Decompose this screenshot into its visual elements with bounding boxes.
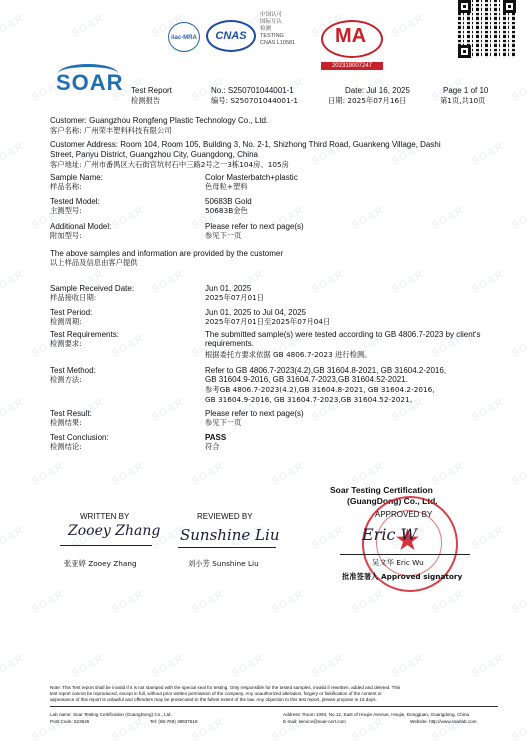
report-date-en: Date: Jul 16, 2025: [345, 86, 410, 96]
watermark-text: SOAR: [509, 204, 529, 232]
sample-name-label-cn: 样品名称:: [50, 182, 82, 192]
watermark-text: SOAR: [269, 588, 306, 616]
test-result-cn: 参见下一页: [205, 418, 241, 428]
watermark-text: SOAR: [109, 588, 146, 616]
footer-email[interactable]: E-mail: service@soar-cert.com: [283, 719, 346, 724]
watermark-text: SOAR: [309, 652, 346, 680]
watermark-text: SOAR: [0, 140, 26, 168]
watermark-text: SOAR: [429, 588, 466, 616]
watermark-text: SOAR: [109, 204, 146, 232]
ilac-mra-logo: ilac-MRA: [168, 22, 200, 52]
watermark-text: SOAR: [509, 588, 529, 616]
watermark-text: SOAR: [469, 652, 506, 680]
cma-number: 202319007247: [321, 62, 383, 70]
watermark-text: SOAR: [229, 652, 266, 680]
watermark-text: SOAR: [509, 76, 529, 104]
reviewed-by-name: 刘小芳 Sunshine Liu: [188, 559, 259, 569]
soar-logo-text: SOAR: [56, 70, 124, 96]
reviewed-by-signature: Sunshine Liu: [180, 526, 279, 544]
written-by-name: 张亚婷 Zooey Zhang: [64, 559, 137, 569]
customer-address-label-en: Customer Address:: [50, 140, 118, 149]
customer-address-cn: 广州市番禺区大石街官坑村石中三路2号之一3栋104房、105房: [84, 160, 289, 169]
sample-name-cn: 色母粒+塑料: [205, 182, 248, 192]
customer-row-en: Customer: Guangzhou Rongfeng Plastic Tec…: [50, 116, 268, 126]
cma-text: MA: [335, 25, 366, 48]
test-conclusion-cn: 符合: [205, 442, 220, 452]
watermark-text: SOAR: [0, 652, 26, 680]
tested-model-label-cn: 主测型号:: [50, 206, 82, 216]
footer-tel: Tel: (86-769) 38937518: [150, 719, 198, 724]
cnas-logo: CNAS: [206, 20, 256, 52]
watermark-text: SOAR: [109, 460, 146, 488]
customer-address-row-en: Customer Address: Room 104, Room 105, Bu…: [50, 140, 441, 150]
watermark-text: SOAR: [149, 396, 186, 424]
footer-website[interactable]: Website: http://www.soarlab.com: [410, 719, 477, 724]
test-result-label-cn: 检测结果:: [50, 418, 82, 428]
report-date-cn: 日期: 2025年07月16日: [328, 96, 406, 106]
test-conclusion-label-cn: 检测结论:: [50, 442, 82, 452]
watermark-text: SOAR: [389, 12, 426, 40]
watermark-text: SOAR: [309, 268, 346, 296]
page-indicator-cn: 第1页,共10页: [440, 96, 485, 106]
watermark-text: SOAR: [389, 268, 426, 296]
test-requirements-cn: 根据委托方要求依据 GB 4806.7-2023 进行检测。: [205, 350, 372, 360]
watermark-text: SOAR: [189, 460, 226, 488]
watermark-text: SOAR: [0, 396, 26, 424]
customer-value-cn: 广州荣丰塑料科技有限公司: [84, 126, 172, 135]
watermark-text: SOAR: [29, 588, 66, 616]
watermark-text: SOAR: [389, 652, 426, 680]
approver-line: [340, 554, 470, 555]
report-title-cn: 检测报告: [131, 96, 160, 106]
written-by-line: [60, 545, 152, 546]
footer-divider: [50, 706, 498, 707]
footer-address: Address: Room 1093, No.12, East of Houji…: [283, 712, 469, 717]
test-method-line2-cn: GB 31604.9-2016, GB 31604.7-2023,GB 3160…: [205, 395, 417, 405]
watermark-text: SOAR: [349, 588, 386, 616]
watermark-text: SOAR: [69, 652, 106, 680]
soar-logo: SOAR: [56, 62, 122, 100]
customer-label-cn: 客户名称:: [50, 126, 82, 135]
approver-signature: Eric W: [362, 525, 417, 544]
written-by-label: WRITTEN BY: [80, 512, 129, 521]
page-indicator-en: Page 1 of 10: [443, 86, 488, 96]
approver-name: 吴文华 Eric Wu: [372, 558, 424, 568]
footer-post-code: Post Code: 523945: [50, 719, 89, 724]
test-method-line2-en: GB 31604.9-2016, GB 31604.7-2023,GB 3160…: [205, 375, 408, 385]
cma-logo: MA 202319007247: [321, 20, 381, 60]
watermark-text: SOAR: [469, 140, 506, 168]
test-method-line1-cn: 参考GB 4806.7-2023(4.2),GB 31604.8-2021, G…: [205, 385, 435, 395]
watermark-text: SOAR: [469, 396, 506, 424]
report-number-cn: 编号: S250701044001-1: [211, 96, 298, 106]
watermark-text: SOAR: [0, 524, 26, 552]
test-period-label-cn: 检测周期:: [50, 317, 82, 327]
approver-title: 批准签署人 Approved signatory: [342, 572, 462, 582]
customer-label-en: Customer:: [50, 116, 87, 125]
approver-org-line1: Soar Testing Certification: [330, 486, 433, 496]
customer-row-cn: 客户名称: 广州荣丰塑料科技有限公司: [50, 126, 172, 136]
watermark-text: SOAR: [309, 524, 346, 552]
footer-note-line3: appearance of this report is unlawful an…: [50, 697, 498, 703]
reviewed-by-label: REVIEWED BY: [197, 512, 253, 521]
test-method-label-cn: 检测方法:: [50, 375, 82, 385]
watermark-text: SOAR: [29, 460, 66, 488]
watermark-text: SOAR: [0, 268, 26, 296]
customer-address-line2-en: Street, Panyu District, Guangzhou City, …: [50, 150, 258, 160]
watermark-text: SOAR: [189, 588, 226, 616]
additional-model-label-cn: 附加型号:: [50, 231, 82, 241]
customer-address-row-cn: 客户地址: 广州市番禺区大石街官坑村石中三路2号之一3栋104房、105房: [50, 160, 289, 170]
qr-code-icon: [458, 0, 516, 58]
watermark-text: SOAR: [469, 268, 506, 296]
watermark-text: SOAR: [349, 460, 386, 488]
report-number-en: No.: S250701044001-1: [211, 86, 294, 96]
watermark-text: SOAR: [0, 12, 26, 40]
watermark-text: SOAR: [469, 524, 506, 552]
test-report-page: SOARSOARSOARSOARSOARSOARSOARSOARSOARSOAR…: [0, 0, 529, 747]
reviewed-by-line: [178, 547, 276, 548]
cnas-accreditation-text: 中国认可 国际互认 检测 TESTING CNAS L10581: [260, 12, 295, 47]
customer-value-en: Guangzhou Rongfeng Plastic Technology Co…: [89, 116, 268, 125]
customer-address-line1-en: Room 104, Room 105, Building 3, No. 2-1,…: [120, 140, 440, 149]
test-requirements-label-cn: 检测要求:: [50, 339, 82, 349]
test-requirements-line2-en: requirements.: [205, 339, 254, 349]
watermark-text: SOAR: [149, 268, 186, 296]
footer-lab-name: Lab name: Soar Testing Certification (Gu…: [50, 712, 172, 717]
approved-by-label: APPROVED BY: [375, 510, 432, 520]
watermark-text: SOAR: [509, 332, 529, 360]
watermark-text: SOAR: [149, 652, 186, 680]
tested-model-cn: 50683B金色: [205, 206, 248, 216]
report-footer: Note: This Test report shall be invalid …: [50, 685, 498, 709]
received-date-label-cn: 样品接收日期:: [50, 293, 96, 303]
watermark-text: SOAR: [509, 460, 529, 488]
watermark-text: SOAR: [69, 12, 106, 40]
watermark-text: SOAR: [269, 460, 306, 488]
test-period-cn: 2025年07月01日至2025年07月04日: [205, 317, 330, 327]
watermark-text: SOAR: [429, 460, 466, 488]
watermark-text: SOAR: [109, 716, 146, 744]
written-by-signature: Zooey Zhang: [68, 523, 160, 539]
samples-provided-note-cn: 以上样品及信息由客户提供: [50, 258, 138, 268]
report-title-en: Test Report: [131, 86, 172, 96]
watermark-text: SOAR: [429, 204, 466, 232]
watermark-text: SOAR: [349, 204, 386, 232]
customer-address-label-cn: 客户地址:: [50, 160, 82, 169]
additional-model-cn: 参见下一页: [205, 231, 241, 241]
received-date-cn: 2025年07月01日: [205, 293, 264, 303]
watermark-text: SOAR: [349, 716, 386, 744]
watermark-text: SOAR: [509, 716, 529, 744]
